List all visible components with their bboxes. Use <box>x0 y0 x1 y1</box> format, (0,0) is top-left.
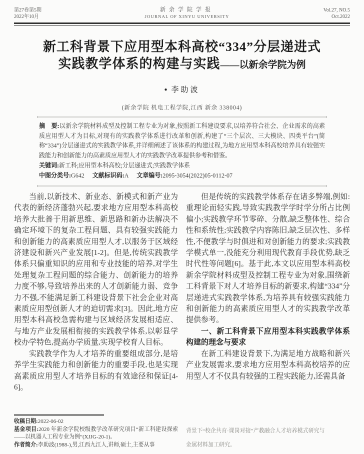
abstract-text: 以新余学院材料成型及控制工程专业为对象,按照新工科建设要求,以培养符合社会、企业… <box>39 123 325 159</box>
body-paragraph: 实践教学作为人才培养的重要组成部分,是培养学生实践能力和创新能力的重要手段,也是… <box>14 348 178 393</box>
fund-label: 基金项目: <box>14 426 38 432</box>
footnote-fund: 基金项目:2020 年新余学院校级教学改革研究项目“新工科建设探索——以机器人工… <box>14 426 178 442</box>
body-paragraph: 但是传统的实践教学体系存在诸多弊端,例如:重理论而轻实践,导致实践教学学时学分所… <box>186 192 350 326</box>
keywords-label: 关键词: <box>39 162 59 169</box>
paper-subtitle: ——以新余学院为例 <box>220 60 306 71</box>
abstract-block: 摘 要:以新余学院材料成型及控制工程专业为对象,按照新工科建设要求,以培养符合社… <box>39 122 325 161</box>
received-value: 2022-06-02 <box>38 419 64 425</box>
author-line: ●李助波 <box>14 84 350 95</box>
keywords-text: 新工科;应用型本科高校;分层递进式;实践教学体系 <box>59 162 190 169</box>
affiliation: (新余学院 机电工程学院,江西 新余 338004) <box>14 104 350 112</box>
article-id-value: 2095-3054(2022)05-0112-07 <box>163 172 233 179</box>
footnote-divider <box>14 415 104 416</box>
journal-header: 第27卷第5期 2022年10月 新余学院学报 JOURNAL OF XINYU… <box>14 7 350 20</box>
footnote-received: 收稿日期:2022-06-02 <box>14 418 178 426</box>
fund-value: 2020 年新余学院校级教学改革研究项目“新工科建设探索——以机器人工程专业为例… <box>14 426 178 440</box>
body-paragraph: 在新工科建设背景下,为满足地方战略和新兴产业发展需求,要求地方应用型本科高校培养… <box>186 348 350 382</box>
abstract-bottom-divider <box>37 186 327 187</box>
left-column: 当前,以新技术、新业态、新模式和新产业为代表的新经济蓬勃兴起,要求地方应用型本科… <box>14 192 178 450</box>
clc-value: G642 <box>71 172 84 179</box>
doc-code-label: 文献标识码: <box>92 172 124 179</box>
body-paragraph: 当前,以新技术、新业态、新模式和新产业为代表的新经济蓬勃兴起,要求地方应用型本科… <box>14 192 178 349</box>
author-bullet-icon: ● <box>164 87 167 93</box>
paper-title: 新工科背景下应用型本科高校“334”分层递进式 实践教学体系的构建与实践——以新… <box>14 39 350 75</box>
paper-title-line1: 新工科背景下应用型本科高校“334”分层递进式 <box>14 39 350 56</box>
footnote-continuation: 背景下“校企共育·课岗对接”产教融合人才培养模式研究与 金属材料加工研究。 <box>186 428 350 450</box>
abstract-label: 摘 要: <box>39 123 59 130</box>
paper-title-line2: 实践教学体系的构建与实践——以新余学院为例 <box>14 56 350 75</box>
abstract-top-divider <box>37 117 327 118</box>
header-divider <box>14 23 350 26</box>
section-heading: 一、新工科背景下应用型本科实践教学体系构建的理念与要求 <box>186 326 350 348</box>
keywords-line: 关键词:新工科;应用型本科高校;分层递进式;实践教学体系 <box>39 161 325 171</box>
paper-page: 第27卷第5期 2022年10月 新余学院学报 JOURNAL OF XINYU… <box>0 0 364 454</box>
article-id-label: 文章编号: <box>137 172 163 179</box>
footnote-bio: 作者简介:李助波(1988-),男,江西九江人,讲师,硕士,主要从事 <box>14 441 178 449</box>
classification-line: 中图分类号:G642文献标识码:A文章编号:2095-3054(2022)05-… <box>39 171 325 181</box>
received-label: 收稿日期: <box>14 419 38 425</box>
body-columns: 当前,以新技术、新业态、新模式和新产业为代表的新经济蓬勃兴起,要求地方应用型本科… <box>14 192 350 450</box>
clc-label: 中图分类号: <box>39 172 71 179</box>
bio-label: 作者简介: <box>14 442 38 448</box>
footnote-continuation-line1: 背景下“校企共育·课岗对接”产教融合人才培养模式研究与 <box>186 428 350 436</box>
page-viewport: 第27卷第5期 2022年10月 新余学院学报 JOURNAL OF XINYU… <box>0 0 364 454</box>
doc-code-value: A <box>124 172 128 179</box>
date-line-en: Oct.2022 <box>295 14 350 21</box>
issue-info-en: Vol.27, NO.5 Oct.2022 <box>295 7 350 20</box>
date-line: 2022年10月 <box>14 14 79 21</box>
footnote-block: 收稿日期:2022-06-02 基金项目:2020 年新余学院校级教学改革研究项… <box>14 415 178 450</box>
right-column: 但是传统的实践教学体系存在诸多弊端,例如:重理论而轻实践,导致实践教学学时学分所… <box>186 192 350 450</box>
paper-title-line2-main: 实践教学体系的构建与实践 <box>58 57 220 72</box>
journal-name: 新余学院学报 JOURNAL OF XINYU UNIVERSITY <box>79 7 295 20</box>
journal-title-en: JOURNAL OF XINYU UNIVERSITY <box>79 14 295 21</box>
issue-info: 第27卷第5期 2022年10月 <box>14 7 79 20</box>
author-name: 李助波 <box>171 86 200 94</box>
bio-value: 李助波(1988-),男,江西九江人,讲师,硕士,主要从事 <box>38 442 155 448</box>
footnote-continuation-line2: 金属材料加工研究。 <box>186 442 350 450</box>
